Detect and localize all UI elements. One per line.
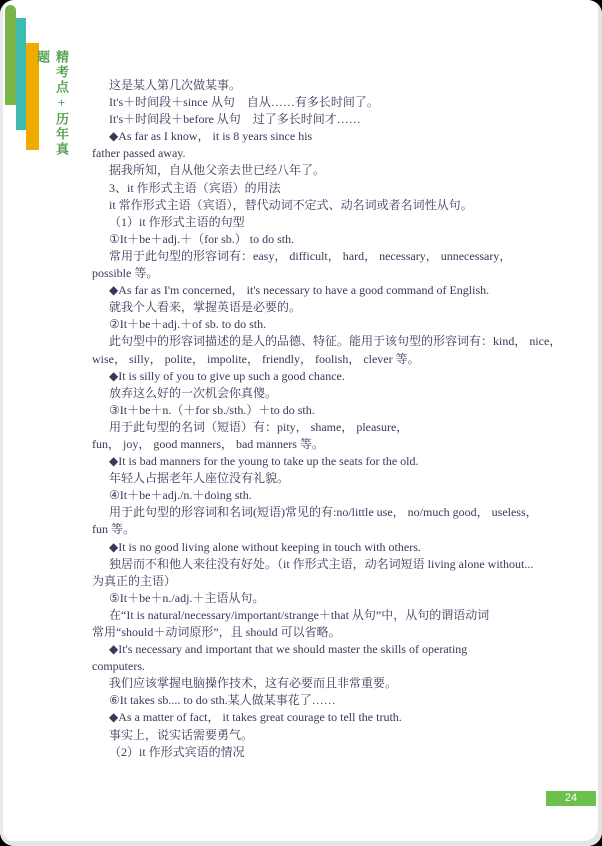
text-line: 此句型中的形容词描述的是人的品德、特征。能用于该句型的形容词有：kind， ni…	[92, 333, 572, 350]
text-line: ◆It is bad manners for the young to take…	[92, 453, 572, 470]
text-line: 放弃这么好的一次机会你真傻。	[92, 385, 572, 402]
text-line: fun 等。	[92, 521, 572, 538]
text-line: ◆It's necessary and important that we sh…	[92, 641, 572, 658]
text-line: father passed away.	[92, 145, 572, 162]
text-line: ①It＋be＋adj.＋（for sb.） to do sth.	[92, 231, 572, 248]
text-line: ◆As a matter of fact， it takes great cou…	[92, 709, 572, 726]
sidebar-vertical-label: 精考点+历年真题	[33, 50, 71, 162]
text-line: 为真正的主语）	[92, 573, 572, 590]
text-line: 3、it 作形式主语（宾语）的用法	[92, 180, 572, 197]
text-line: 用于此句型的名词（短语）有：pity， shame， pleasure，	[92, 419, 572, 436]
text-line: It's＋时间段＋before 从句 过了多长时间才……	[92, 111, 572, 128]
text-line: 在“It is natural/necessary/important/stra…	[92, 607, 572, 624]
text-line: computers.	[92, 658, 572, 675]
text-line: 据我所知，自从他父亲去世已经八年了。	[92, 162, 572, 179]
text-line: it 常作形式主语（宾语），替代动词不定式、动名词或者名词性从句。	[92, 197, 572, 214]
text-line: 事实上，说实话需要勇气。	[92, 727, 572, 744]
text-line: 就我个人看来，掌握英语是必要的。	[92, 299, 572, 316]
content-lines: 这是某人第几次做某事。It's＋时间段＋since 从句 自从……有多长时间了。…	[92, 77, 572, 761]
text-line: （1）it 作形式主语的句型	[92, 214, 572, 231]
text-line: （2）it 作形式宾语的情况	[92, 744, 572, 761]
text-line: ◆It is silly of you to give up such a go…	[92, 368, 572, 385]
text-line: ⑥It takes sb.... to do sth.某人做某事花了……	[92, 692, 572, 709]
page-number-badge: 24	[546, 791, 596, 806]
text-line: 这是某人第几次做某事。	[92, 77, 572, 94]
text-line: ②It＋be＋adj.＋of sb. to do sth.	[92, 316, 572, 333]
text-line: ◆As far as I know， it is 8 years since h…	[92, 128, 572, 145]
decor-bar-green	[5, 5, 16, 105]
text-line: possible 等。	[92, 265, 572, 282]
text-line: 用于此句型的形容词和名词(短语)常见的有:no/little use， no/m…	[92, 504, 572, 521]
decor-bar-teal	[16, 18, 26, 130]
text-line: 常用“should＋动词原形”，且 should 可以省略。	[92, 624, 572, 641]
document-page: 精考点+历年真题 这是某人第几次做某事。It's＋时间段＋since 从句 自从…	[0, 0, 602, 846]
text-line: ◆As far as I'm concerned， it's necessary…	[92, 282, 572, 299]
text-line: ⑤It＋be＋n./adj.＋主语从句。	[92, 590, 572, 607]
text-line: ③It＋be＋n.（＋for sb./sth.）＋to do sth.	[92, 402, 572, 419]
text-line: 年轻人占据老年人座位没有礼貌。	[92, 470, 572, 487]
text-line: 我们应该掌握电脑操作技术，这有必要而且非常重要。	[92, 675, 572, 692]
text-line: wise， silly， polite， impolite， friendly，…	[92, 351, 572, 368]
text-line: ④It＋be＋adj./n.＋doing sth.	[92, 487, 572, 504]
text-line: fun， joy， good manners， bad manners 等。	[92, 436, 572, 453]
text-line: It's＋时间段＋since 从句 自从……有多长时间了。	[92, 94, 572, 111]
text-line: ◆It is no good living alone without keep…	[92, 539, 572, 556]
text-line: 独居而不和他人来往没有好处。（it 作形式主语，动名词短语 living alo…	[92, 556, 572, 573]
text-line: 常用于此句型的形容词有：easy， difficult， hard， neces…	[92, 248, 572, 265]
